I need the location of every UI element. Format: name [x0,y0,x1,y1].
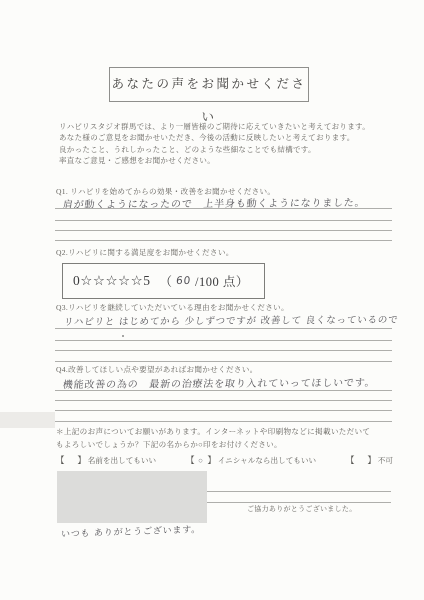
answer-line [55,390,392,391]
question-label-q3: Q3.リハビリを継続していただいている理由をお聞かせください。 [56,303,289,312]
option-label: 不可 [378,456,393,465]
closing-text: ご協力ありがとうございました。 [247,504,357,514]
answer-line [55,240,392,241]
consent-options: 【 】 名前を出してもいい 【 ○ 】 イニシャルなら出してもいい 【 】 不可 [56,454,393,466]
answer-line [55,410,392,411]
name-line [207,491,391,492]
answer-line [55,400,392,401]
score-suffix: /100 点） [195,272,249,290]
intro-line: 良かったこと、うれしかったこと、どのような些細なことでも結構です。 [59,144,399,155]
question-label-q4: Q4.改善してほしい点や要望があればお聞かせください。 [56,365,258,374]
score-paren-open: （ [160,272,173,290]
option-initials-ok: 【 ○ 】 イニシャルなら出してもいい [186,454,316,466]
option-show-name: 【 】 名前を出してもいい [56,454,156,466]
option-label: 名前を出してもいい [88,456,156,465]
option-not-allowed: 【 】 不可 [346,454,393,466]
answer-line [55,340,392,341]
intro-line: あなた様のご意見をお聞かせいただき、今後の活動に反映したいと考えております。 [59,132,399,143]
handwritten-answer-q3: リハビリと はじめてから 少しずつですが 改善して 良くなっているので [63,312,399,328]
answer-line [55,350,392,351]
star-scale: 0☆☆☆☆☆5 [73,273,151,289]
publish-note-line1: ＊上記のお声についてお願いがあります。インターネットや印刷物などに掲載いただいて [56,427,396,437]
answer-line [55,328,392,329]
name-line [207,502,391,503]
bracket-open: 【 [346,455,355,465]
handwritten-answer-q4: 機能改善の為の 最新の治療法を取り入れていってほしいです。 [62,374,376,391]
title-box: あなたの声をお聞かせください [109,67,309,102]
intro-line: リハビリスタジオ群馬では、より一層皆様のご期待に応えていきたいと考えております。 [59,121,399,132]
answer-line [55,421,392,422]
redaction-box [57,471,207,523]
answer-line [55,230,392,231]
bracket-open: 【 [56,455,65,465]
handwritten-score: 60 [174,275,192,287]
scanned-feedback-form: あなたの声をお聞かせください リハビリスタジオ群馬では、より一層皆様のご期待に応… [0,0,424,600]
question-label-q2: Q2.リハビリに関する満足度をお聞かせください。 [56,248,234,257]
option-label: イニシャルなら出してもいい [218,456,316,465]
scan-artifact [0,412,55,428]
handwritten-circle-mark: ○ [196,456,206,466]
bracket-open: 【 [186,455,195,465]
answer-line [55,208,392,209]
handwritten-thanks: いつも ありがとうございます。 [61,522,202,540]
answer-line [55,220,392,221]
bracket-close: 】 [77,455,86,465]
satisfaction-score-box: 0☆☆☆☆☆5 （ 60 /100 点） [62,263,265,299]
bracket-close: 】 [367,455,376,465]
intro-paragraph: リハビリスタジオ群馬では、より一層皆様のご期待に応えていきたいと考えております。… [59,121,399,167]
bracket-close: 】 [207,455,216,465]
page-title: あなたの声をお聞かせください [111,77,306,124]
stray-pen-dot [122,335,124,337]
intro-line: 率直なご意見・ご感想をお聞かせください。 [59,155,399,166]
answer-line [55,361,392,362]
publish-note-line2: もよろしいでしょうか？下記の名からか○印をお付けください。 [56,440,396,450]
